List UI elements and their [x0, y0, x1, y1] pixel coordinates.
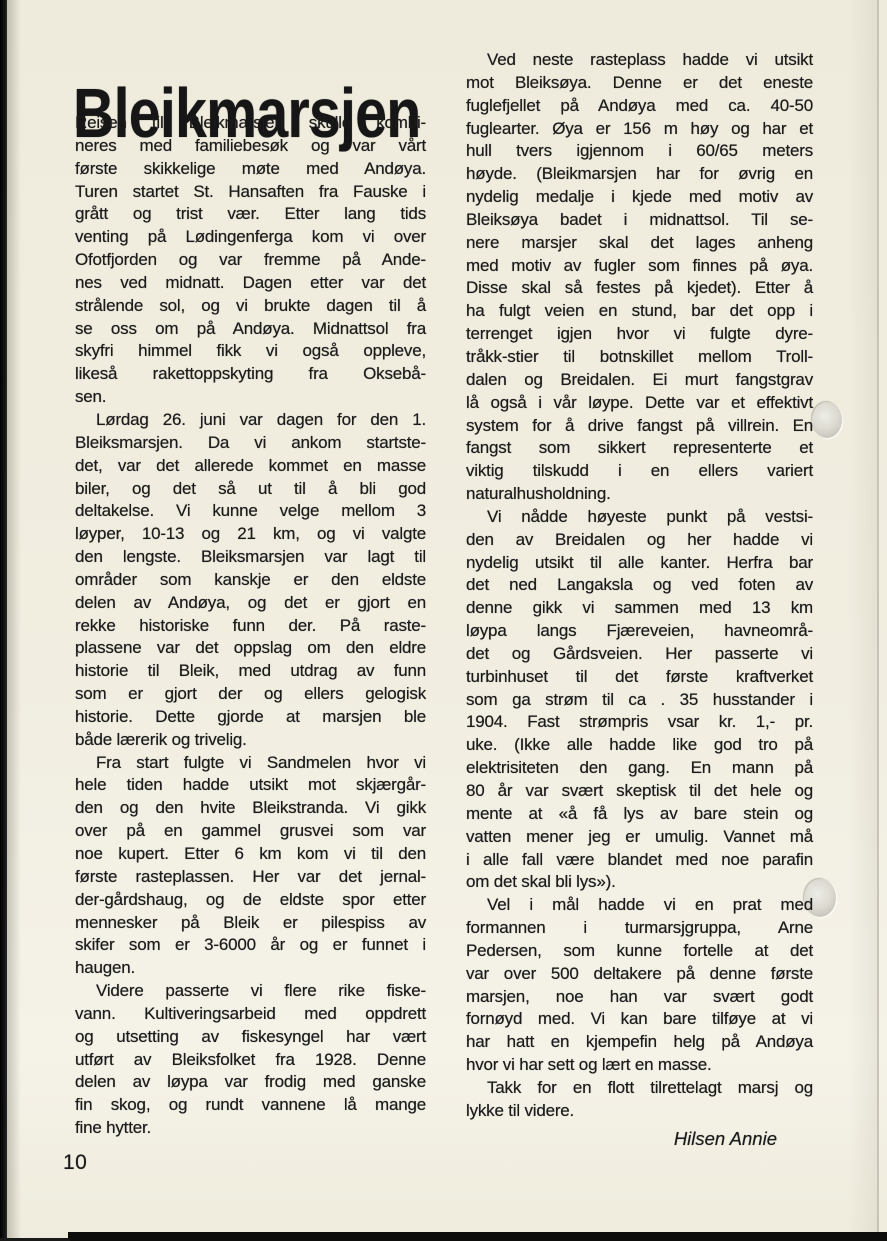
text-line: marsjen, noe han var svært godt — [466, 986, 813, 1009]
text-line: noe kupert. Etter 6 km kom vi til den — [75, 843, 426, 866]
text-line: løypa langs Fjæreveien, havneområ- — [466, 620, 813, 643]
text-line: som er gjort der og ellers gelogisk — [75, 683, 426, 706]
text-line: områder som kanskje er den eldste — [75, 569, 426, 592]
scan-edge-bottom — [68, 1232, 887, 1241]
text-line: terrenget igjen hvor vi fulgte dyre- — [466, 323, 813, 346]
text-line: vann. Kultiveringsarbeid med oppdrett — [75, 1003, 426, 1026]
scanned-page: Bleikmarsjen Reisen til Bleikmarsjen sku… — [0, 0, 887, 1241]
text-line: ha fulgt veien en stund, bar det opp i — [466, 300, 813, 323]
text-line: Bleiksmarsjen. Da vi ankom startste- — [75, 432, 426, 455]
text-line: strålende sol, og vi brukte dagen til å — [75, 295, 426, 318]
punch-hole-top — [812, 402, 842, 438]
text-line: denne gikk vi sammen med 13 km — [466, 597, 813, 620]
paragraph: Reisen til Bleikmarsjen skulle kombi-ner… — [75, 112, 426, 409]
text-line: delen av Andøya, og det er gjort en — [75, 592, 426, 615]
text-line: om det skal bli lys»). — [466, 871, 813, 894]
text-line: var over 500 deltakere på denne første — [466, 963, 813, 986]
signature: Hilsen Annie — [466, 1128, 813, 1151]
text-line: elektrisiteten den gang. En mann på — [466, 757, 813, 780]
text-line: lå også i vår løype. Dette var et effekt… — [466, 392, 813, 415]
article-column-left: Reisen til Bleikmarsjen skulle kombi-ner… — [75, 112, 426, 1140]
text-line: hele tiden hadde utsikt mot skjærgår- — [75, 774, 426, 797]
text-line: delen av løypa var frodig med ganske — [75, 1071, 426, 1094]
text-line: mennesker på Bleik er pilespiss av — [75, 912, 426, 935]
text-line: neres med familiebesøk og var vårt — [75, 135, 426, 158]
text-line: fuglefjellet på Andøya med ca. 40-50 — [466, 95, 813, 118]
text-line: det ned Langaksla og ved foten av — [466, 574, 813, 597]
text-line: Pedersen, som kunne fortelle at det — [466, 940, 813, 963]
text-line: mente at «å få lys av bare stein og — [466, 803, 813, 826]
text-line: den og den hvite Bleikstranda. Vi gikk — [75, 797, 426, 820]
text-line: 80 år var svært skeptisk til det hele og — [466, 780, 813, 803]
text-line: fine hytter. — [75, 1117, 426, 1140]
page-right-edge — [877, 0, 879, 1241]
text-line: hull tvers igjennom i 60/65 meters — [466, 140, 813, 163]
text-line: både lærerik og trivelig. — [75, 729, 426, 752]
text-line: Ved neste rasteplass hadde vi utsikt — [466, 49, 813, 72]
text-line: Fra start fulgte vi Sandmelen hvor vi — [75, 752, 426, 775]
article-column-right: Ved neste rasteplass hadde vi utsiktmot … — [466, 49, 813, 1151]
text-line: historie til Bleik, med utdrag av funn — [75, 660, 426, 683]
text-line: sen. — [75, 386, 426, 409]
text-line: dalen og Breidalen. Ei murt fangstgrav — [466, 369, 813, 392]
text-line: Vi nådde høyeste punkt på vestsi- — [466, 506, 813, 529]
paragraph: Takk for en flott tilrettelagt marsj ogl… — [466, 1077, 813, 1123]
text-line: deltakelse. Vi kunne velge mellom 3 — [75, 500, 426, 523]
text-line: over på en gammel grusvei som var — [75, 820, 426, 843]
text-line: hvor vi har sett og lært en masse. — [466, 1054, 813, 1077]
scan-edge-left — [0, 0, 7, 1241]
text-line: nydelig medalje i kjede med motiv av — [466, 186, 813, 209]
text-line: se oss om på Andøya. Midnattsol fra — [75, 318, 426, 341]
text-line: biler, og det så ut til å bli god — [75, 478, 426, 501]
scan-edge-left-shadow — [7, 0, 21, 1241]
page-right-shading — [848, 0, 877, 1241]
text-line: Disse skal så festes på kjedet). Etter å — [466, 277, 813, 300]
paragraph: Fra start fulgte vi Sandmelen hvor vihel… — [75, 752, 426, 980]
text-line: som ga strøm til ca . 35 husstander i — [466, 689, 813, 712]
text-line: naturalhusholdning. — [466, 483, 813, 506]
text-line: og utsetting av fiskesyngel har vært — [75, 1026, 426, 1049]
text-line: turbinhuset til det første kraftverket — [466, 666, 813, 689]
text-line: skifer som er 3-6000 år og er funnet i — [75, 934, 426, 957]
text-line: Reisen til Bleikmarsjen skulle kombi- — [75, 112, 426, 135]
text-line: vatten mener jeg er umulig. Vannet må — [466, 826, 813, 849]
text-line: utført av Bleiksfolket fra 1928. Denne — [75, 1049, 426, 1072]
text-line: plassene var det oppslag om den eldre — [75, 637, 426, 660]
text-line: rekke historiske funn der. På raste- — [75, 615, 426, 638]
text-line: Ofotfjorden og var fremme på Ande- — [75, 249, 426, 272]
text-line: likeså rakettoppskyting fra Oksebå- — [75, 363, 426, 386]
paragraph: Vi nådde høyeste punkt på vestsi-den av … — [466, 506, 813, 894]
text-line: venting på Lødingenferga kom vi over — [75, 226, 426, 249]
paragraph: Lørdag 26. juni var dagen for den 1.Blei… — [75, 409, 426, 752]
paragraph: Ved neste rasteplass hadde vi utsiktmot … — [466, 49, 813, 506]
text-line: i alle fall være blandet med noe parafin — [466, 849, 813, 872]
text-line: 1904. Fast strømpris vsar kr. 1,- pr. — [466, 711, 813, 734]
text-line: har hatt en kjempefin helg på Andøya — [466, 1031, 813, 1054]
text-line: Lørdag 26. juni var dagen for den 1. — [75, 409, 426, 432]
text-line: Turen startet St. Hansaften fra Fauske i — [75, 181, 426, 204]
text-line: fornøyd med. Vi kan bare tilføye at vi — [466, 1008, 813, 1031]
text-line: første rasteplassen. Her var det jernal- — [75, 866, 426, 889]
text-line: mot Bleiksøya. Denne er det eneste — [466, 72, 813, 95]
text-line: første skikkelige møte med Andøya. — [75, 158, 426, 181]
text-line: formannen i turmarsjgruppa, Arne — [466, 917, 813, 940]
text-line: Videre passerte vi flere rike fiske- — [75, 980, 426, 1003]
text-line: Vel i mål hadde vi en prat med — [466, 894, 813, 917]
text-line: uke. (Ikke alle hadde like god tro på — [466, 734, 813, 757]
text-line: høyde. (Bleikmarsjen har for øvrig en — [466, 163, 813, 186]
paragraph: Vel i mål hadde vi en prat medformannen … — [466, 894, 813, 1077]
text-line: den lengste. Bleiksmarsjen var lagt til — [75, 546, 426, 569]
text-line: Takk for en flott tilrettelagt marsj og — [466, 1077, 813, 1100]
text-line: nydelig utsikt til alle kanter. Herfra b… — [466, 552, 813, 575]
page-number: 10 — [63, 1151, 87, 1175]
text-line: historie. Dette gjorde at marsjen ble — [75, 706, 426, 729]
text-line: tråkk-stier til botnskillet mellom Troll… — [466, 346, 813, 369]
text-line: den av Breidalen og her hadde vi — [466, 529, 813, 552]
text-line: system for å drive fangst på villrein. E… — [466, 415, 813, 438]
text-line: løyper, 10-13 og 21 km, og vi valgte — [75, 523, 426, 546]
text-line: fuglearter. Øya er 156 m høy og har et — [466, 118, 813, 141]
text-line: Bleiksøya badet i midnattsol. Til se- — [466, 209, 813, 232]
text-line: der-gårdshaug, og de eldste spor etter — [75, 889, 426, 912]
text-line: fin skog, og rundt vannene lå mange — [75, 1094, 426, 1117]
text-line: grått og trist vær. Etter lang tids — [75, 203, 426, 226]
paragraph: Videre passerte vi flere rike fiske-vann… — [75, 980, 426, 1140]
text-line: med motiv av fugler som finnes på øya. — [466, 255, 813, 278]
text-line: det og Gårdsveien. Her passerte vi — [466, 643, 813, 666]
text-line: det, var det allerede kommet en masse — [75, 455, 426, 478]
text-line: nes ved midnatt. Dagen etter var det — [75, 272, 426, 295]
text-line: fangst som sikkert representerte et — [466, 437, 813, 460]
text-line: skyfri himmel fikk vi også oppleve, — [75, 340, 426, 363]
text-line: lykke til videre. — [466, 1100, 813, 1123]
text-line: haugen. — [75, 957, 426, 980]
text-line: viktig tilskudd i en ellers variert — [466, 460, 813, 483]
text-line: nere marsjer skal det lages anheng — [466, 232, 813, 255]
